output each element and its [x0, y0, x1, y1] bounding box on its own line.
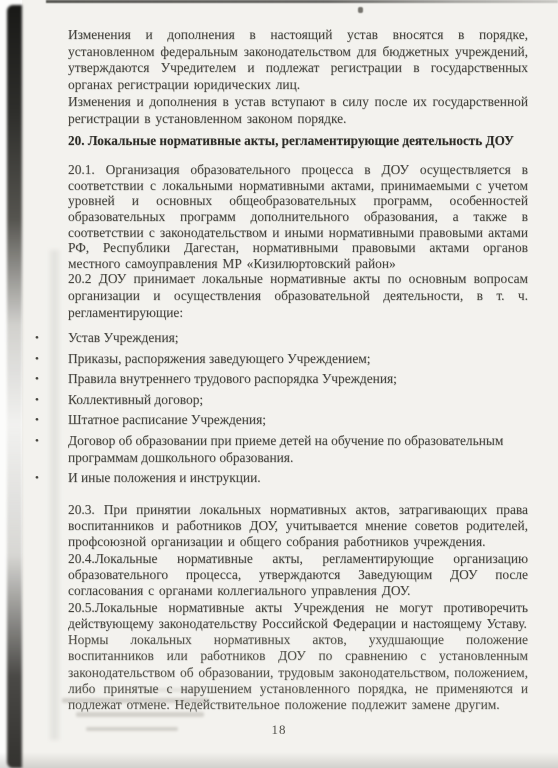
list-item: • Коллективный договор;	[68, 391, 528, 408]
list-item: • И иные положения и инструкции.	[68, 469, 528, 486]
list-item: • Штатное расписание Учреждения;	[68, 411, 528, 428]
scanned-document-page: Изменения и дополнения в настоящий устав…	[0, 0, 558, 768]
ink-speck-icon	[358, 7, 363, 13]
page-top-edge	[46, 0, 558, 3]
local-acts-list: • Устав Учреждения; • Приказы, распоряже…	[68, 329, 528, 486]
list-item-label: Штатное расписание Учреждения;	[68, 412, 266, 427]
left-margin-streak	[50, 250, 59, 740]
paragraph-20-5: 20.5.Локальные нормативные акты Учрежден…	[68, 600, 528, 633]
page-edge-shadow	[7, 5, 22, 768]
paragraph-20-1: 20.1. Организация образовательного проце…	[68, 162, 528, 271]
paragraph-20-3: 20.3. При принятии локальных нормативных…	[68, 502, 528, 551]
page-text-column: Изменения и дополнения в настоящий устав…	[68, 27, 528, 714]
list-item: • Правила внутреннего трудового распоряд…	[68, 370, 528, 387]
page-bottom-shade	[0, 752, 558, 768]
list-item-label: Коллективный договор;	[68, 392, 203, 407]
list-item: • Устав Учреждения;	[68, 329, 528, 346]
bullet-icon: •	[35, 470, 39, 487]
list-item-label: Договор об образовании при приеме детей …	[68, 433, 503, 465]
list-item-label: Приказы, распоряжения заведующего Учрежд…	[68, 351, 370, 366]
section-20-heading: 20. Локальные нормативные акты, регламен…	[68, 132, 528, 149]
bullet-icon: •	[35, 330, 39, 347]
page-number: 18	[0, 722, 558, 738]
paragraph-20-4: 20.4.Локальные нормативные акты, регламе…	[68, 551, 528, 600]
paragraph-20-5-norms: Нормы локальных нормативных актов, ухудш…	[68, 632, 528, 713]
paragraph-20-2: 20.2 ДОУ принимает локальные нормативные…	[68, 271, 528, 321]
bullet-icon: •	[35, 392, 39, 409]
list-item-label: И иные положения и инструкции.	[68, 470, 261, 485]
list-item-label: Устав Учреждения;	[68, 330, 179, 345]
list-item-label: Правила внутреннего трудового распорядка…	[68, 371, 397, 386]
paragraph-charter-changes-1: Изменения и дополнения в настоящий устав…	[68, 27, 528, 94]
list-item: • Договор об образовании при приеме дете…	[68, 432, 528, 467]
bullet-icon: •	[35, 351, 39, 368]
bullet-icon: •	[35, 433, 39, 450]
bullet-icon: •	[35, 412, 39, 429]
paragraph-charter-changes-2: Изменения и дополнения в устав вступают …	[68, 94, 528, 127]
bullet-icon: •	[35, 371, 39, 388]
list-item: • Приказы, распоряжения заведующего Учре…	[68, 350, 528, 367]
